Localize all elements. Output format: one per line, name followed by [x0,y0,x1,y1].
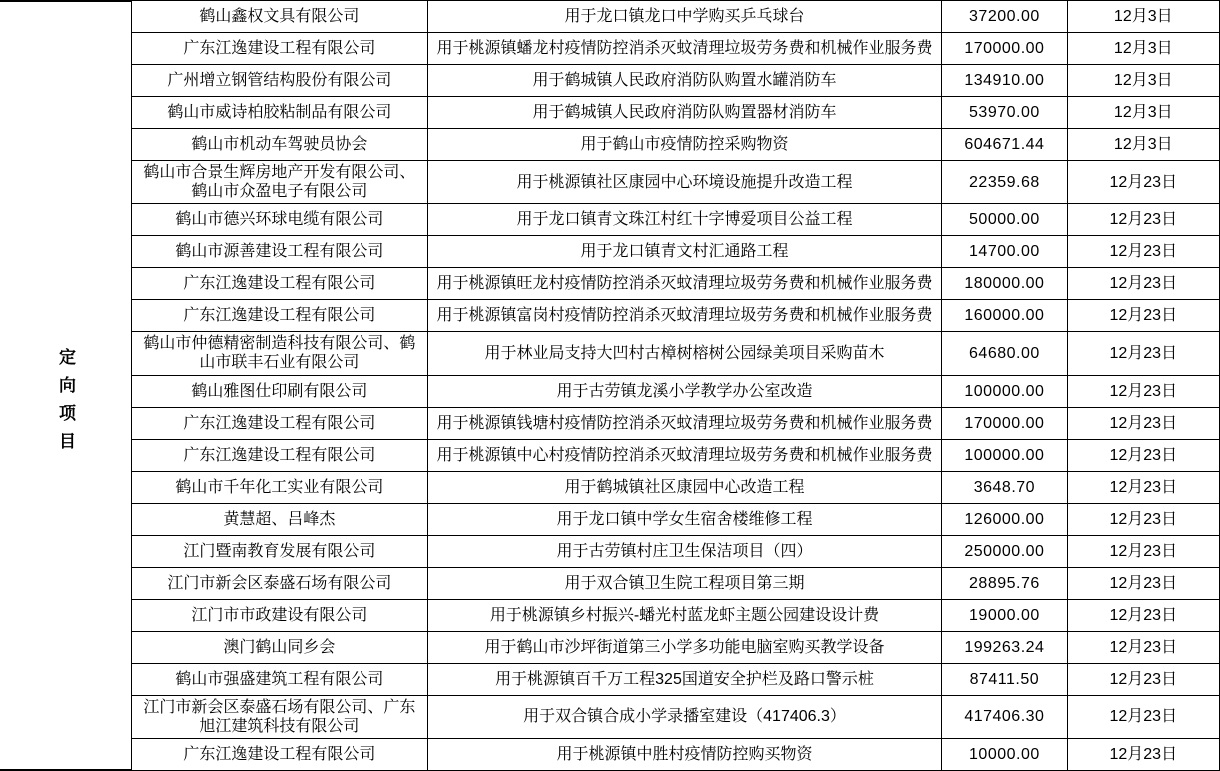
cell-date: 12月23日 [1067,375,1219,407]
table-row: 广东江逸建设工程有限公司 用于桃源镇钱塘村疫情防控消杀灭蚊清理垃圾劳务费和机械作… [132,407,1220,439]
cell-date: 12月23日 [1067,300,1219,332]
cell-company: 江门市新会区泰盛石场有限公司、广东旭江建筑科技有限公司 [132,695,428,738]
cell-company: 广东江逸建设工程有限公司 [132,439,428,471]
cell-company: 鹤山市千年化工实业有限公司 [132,471,428,503]
cell-company: 广东江逸建设工程有限公司 [132,33,428,65]
category-label: 定向项目 [53,348,78,460]
cell-amount: 28895.76 [942,567,1067,599]
cell-date: 12月23日 [1067,161,1219,204]
cell-amount: 126000.00 [942,503,1067,535]
table-row: 鹤山鑫权文具有限公司 用于龙口镇龙口中学购买乒乓球台 37200.00 12月3… [132,1,1220,33]
cell-amount: 87411.50 [942,663,1067,695]
cell-company: 广东江逸建设工程有限公司 [132,738,428,770]
table-row: 广东江逸建设工程有限公司 用于桃源镇富岗村疫情防控消杀灭蚊清理垃圾劳务费和机械作… [132,300,1220,332]
table-row: 澳门鹤山同乡会 用于鹤山市沙坪街道第三小学多功能电脑室购买教学设备 199263… [132,631,1220,663]
cell-purpose: 用于龙口镇青文村汇通路工程 [427,236,941,268]
cell-company: 澳门鹤山同乡会 [132,631,428,663]
cell-company: 鹤山市合景生辉房地产开发有限公司、鹤山市众盈电子有限公司 [132,161,428,204]
table-row: 广州增立钢管结构股份有限公司 用于鹤城镇人民政府消防队购置水罐消防车 13491… [132,65,1220,97]
cell-company: 鹤山市源善建设工程有限公司 [132,236,428,268]
cell-amount: 53970.00 [942,97,1067,129]
cell-amount: 22359.68 [942,161,1067,204]
cell-purpose: 用于鹤城镇社区康园中心改造工程 [427,471,941,503]
cell-purpose: 用于鹤山市疫情防控采购物资 [427,129,941,161]
cell-company: 广东江逸建设工程有限公司 [132,300,428,332]
cell-amount: 250000.00 [942,535,1067,567]
table-row: 鹤山市源善建设工程有限公司 用于龙口镇青文村汇通路工程 14700.00 12月… [132,236,1220,268]
cell-purpose: 用于鹤山市沙坪街道第三小学多功能电脑室购买教学设备 [427,631,941,663]
cell-company: 黄慧超、吕峰杰 [132,503,428,535]
cell-amount: 14700.00 [942,236,1067,268]
cell-company: 广东江逸建设工程有限公司 [132,268,428,300]
cell-purpose: 用于桃源镇蟠龙村疫情防控消杀灭蚊清理垃圾劳务费和机械作业服务费 [427,33,941,65]
cell-amount: 100000.00 [942,375,1067,407]
cell-purpose: 用于鹤城镇人民政府消防队购置器材消防车 [427,97,941,129]
cell-company: 鹤山市威诗柏胶粘制品有限公司 [132,97,428,129]
cell-company: 广东江逸建设工程有限公司 [132,407,428,439]
cell-amount: 37200.00 [942,1,1067,33]
table-row: 鹤山市德兴环球电缆有限公司 用于龙口镇青文珠江村红十字博爱项目公益工程 5000… [132,204,1220,236]
cell-company: 鹤山鑫权文具有限公司 [132,1,428,33]
cell-date: 12月23日 [1067,663,1219,695]
cell-date: 12月23日 [1067,535,1219,567]
cell-amount: 64680.00 [942,332,1067,375]
cell-date: 12月23日 [1067,695,1219,738]
cell-purpose: 用于古劳镇村庄卫生保洁项目（四） [427,535,941,567]
cell-purpose: 用于古劳镇龙溪小学教学办公室改造 [427,375,941,407]
table-row: 江门市新会区泰盛石场有限公司 用于双合镇卫生院工程项目第三期 28895.76 … [132,567,1220,599]
cell-amount: 170000.00 [942,33,1067,65]
table-row: 江门市市政建设有限公司 用于桃源镇乡村振兴-蟠光村蓝龙虾主题公园建设设计费 19… [132,599,1220,631]
cell-amount: 3648.70 [942,471,1067,503]
table-row: 鹤山市千年化工实业有限公司 用于鹤城镇社区康园中心改造工程 3648.70 12… [132,471,1220,503]
cell-date: 12月23日 [1067,407,1219,439]
cell-purpose: 用于桃源镇百千万工程325国道安全护栏及路口警示桩 [427,663,941,695]
cell-amount: 180000.00 [942,268,1067,300]
cell-purpose: 用于龙口镇龙口中学购买乒乓球台 [427,1,941,33]
cell-purpose: 用于桃源镇中心村疫情防控消杀灭蚊清理垃圾劳务费和机械作业服务费 [427,439,941,471]
cell-company: 江门市新会区泰盛石场有限公司 [132,567,428,599]
cell-date: 12月3日 [1067,1,1219,33]
cell-amount: 19000.00 [942,599,1067,631]
cell-company: 鹤山雅图仕印刷有限公司 [132,375,428,407]
table-row: 鹤山雅图仕印刷有限公司 用于古劳镇龙溪小学教学办公室改造 100000.00 1… [132,375,1220,407]
table-row: 江门暨南教育发展有限公司 用于古劳镇村庄卫生保洁项目（四） 250000.00 … [132,535,1220,567]
cell-date: 12月3日 [1067,97,1219,129]
table-row: 广东江逸建设工程有限公司 用于桃源镇中胜村疫情防控购买物资 10000.00 1… [132,738,1220,770]
cell-amount: 10000.00 [942,738,1067,770]
table-row: 鹤山市威诗柏胶粘制品有限公司 用于鹤城镇人民政府消防队购置器材消防车 53970… [132,97,1220,129]
cell-date: 12月23日 [1067,738,1219,770]
cell-purpose: 用于桃源镇乡村振兴-蟠光村蓝龙虾主题公园建设设计费 [427,599,941,631]
cell-purpose: 用于鹤城镇人民政府消防队购置水罐消防车 [427,65,941,97]
cell-date: 12月23日 [1067,567,1219,599]
cell-date: 12月3日 [1067,33,1219,65]
table-row: 鹤山市仲德精密制造科技有限公司、鹤山市联丰石业有限公司 用于林业局支持大凹村古樟… [132,332,1220,375]
cell-amount: 170000.00 [942,407,1067,439]
cell-purpose: 用于龙口镇中学女生宿舍楼维修工程 [427,503,941,535]
cell-date: 12月23日 [1067,204,1219,236]
cell-company: 鹤山市仲德精密制造科技有限公司、鹤山市联丰石业有限公司 [132,332,428,375]
table-row: 鹤山市合景生辉房地产开发有限公司、鹤山市众盈电子有限公司 用于桃源镇社区康园中心… [132,161,1220,204]
table-row: 广东江逸建设工程有限公司 用于桃源镇蟠龙村疫情防控消杀灭蚊清理垃圾劳务费和机械作… [132,33,1220,65]
cell-date: 12月23日 [1067,631,1219,663]
cell-date: 12月23日 [1067,268,1219,300]
cell-amount: 134910.00 [942,65,1067,97]
cell-date: 12月23日 [1067,439,1219,471]
cell-company: 鹤山市机动车驾驶员协会 [132,129,428,161]
cell-date: 12月23日 [1067,503,1219,535]
table-row: 广东江逸建设工程有限公司 用于桃源镇中心村疫情防控消杀灭蚊清理垃圾劳务费和机械作… [132,439,1220,471]
cell-company: 鹤山市德兴环球电缆有限公司 [132,204,428,236]
cell-amount: 50000.00 [942,204,1067,236]
cell-amount: 100000.00 [942,439,1067,471]
cell-company: 鹤山市强盛建筑工程有限公司 [132,663,428,695]
cell-purpose: 用于桃源镇钱塘村疫情防控消杀灭蚊清理垃圾劳务费和机械作业服务费 [427,407,941,439]
cell-date: 12月3日 [1067,129,1219,161]
cell-purpose: 用于龙口镇青文珠江村红十字博爱项目公益工程 [427,204,941,236]
table-row: 广东江逸建设工程有限公司 用于桃源镇旺龙村疫情防控消杀灭蚊清理垃圾劳务费和机械作… [132,268,1220,300]
cell-purpose: 用于桃源镇富岗村疫情防控消杀灭蚊清理垃圾劳务费和机械作业服务费 [427,300,941,332]
cell-date: 12月23日 [1067,471,1219,503]
cell-date: 12月23日 [1067,599,1219,631]
cell-purpose: 用于桃源镇中胜村疫情防控购买物资 [427,738,941,770]
cell-amount: 417406.30 [942,695,1067,738]
cell-amount: 199263.24 [942,631,1067,663]
cell-company: 广州增立钢管结构股份有限公司 [132,65,428,97]
table-row: 江门市新会区泰盛石场有限公司、广东旭江建筑科技有限公司 用于双合镇合成小学录播室… [132,695,1220,738]
donation-ledger-page: 定向项目 鹤山鑫权文具有限公司 用于龙口镇龙口中学购买乒乓球台 37200.00… [0,0,1220,771]
cell-purpose: 用于桃源镇旺龙村疫情防控消杀灭蚊清理垃圾劳务费和机械作业服务费 [427,268,941,300]
cell-company: 江门暨南教育发展有限公司 [132,535,428,567]
table-row: 鹤山市强盛建筑工程有限公司 用于桃源镇百千万工程325国道安全护栏及路口警示桩 … [132,663,1220,695]
cell-purpose: 用于林业局支持大凹村古樟树榕树公园绿美项目采购苗木 [427,332,941,375]
cell-date: 12月3日 [1067,65,1219,97]
donations-table: 鹤山鑫权文具有限公司 用于龙口镇龙口中学购买乒乓球台 37200.00 12月3… [131,0,1220,771]
table-row: 鹤山市机动车驾驶员协会 用于鹤山市疫情防控采购物资 604671.44 12月3… [132,129,1220,161]
cell-purpose: 用于桃源镇社区康园中心环境设施提升改造工程 [427,161,941,204]
category-label-cell: 定向项目 [0,0,131,771]
cell-date: 12月23日 [1067,332,1219,375]
cell-purpose: 用于双合镇卫生院工程项目第三期 [427,567,941,599]
cell-company: 江门市市政建设有限公司 [132,599,428,631]
table-row: 黄慧超、吕峰杰 用于龙口镇中学女生宿舍楼维修工程 126000.00 12月23… [132,503,1220,535]
cell-purpose: 用于双合镇合成小学录播室建设（417406.3） [427,695,941,738]
cell-date: 12月23日 [1067,236,1219,268]
cell-amount: 604671.44 [942,129,1067,161]
cell-amount: 160000.00 [942,300,1067,332]
